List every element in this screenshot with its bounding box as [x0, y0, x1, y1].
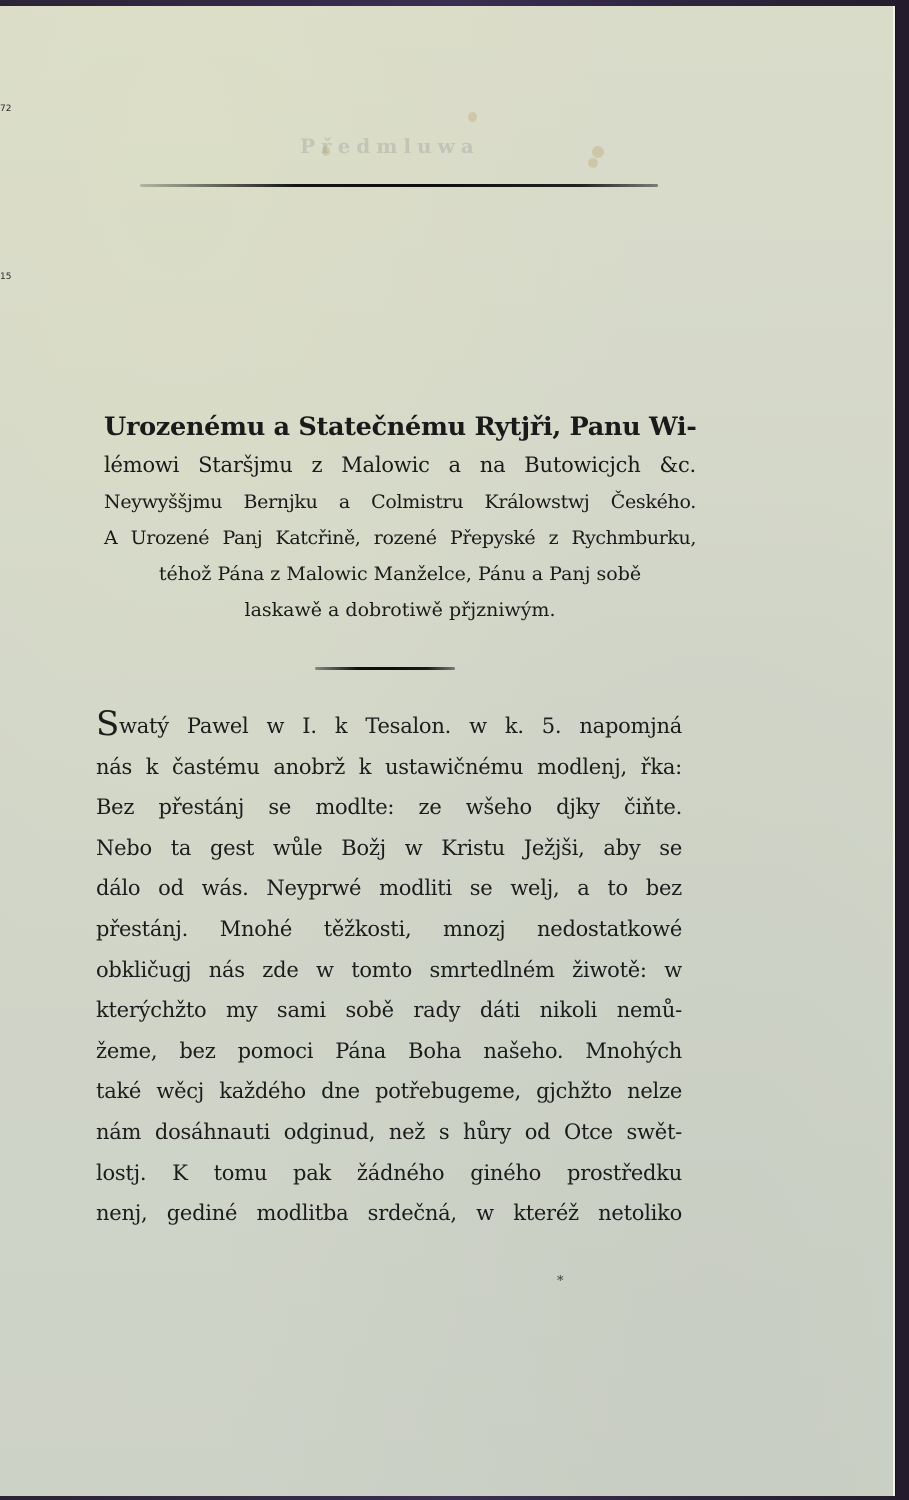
- dedication-line: laskawě a dobrotiwě přjzniwým.: [104, 592, 696, 628]
- foxing-stain: [592, 146, 604, 158]
- dedication-line: A Urozené Panj Katcřině, rozené Přepyské…: [104, 520, 696, 556]
- margin-mark: 15: [0, 272, 11, 282]
- body-line: nenj, gediné modlitba srdečná, w kteréž …: [96, 1193, 682, 1234]
- dedication-line: Urozenému a Statečnému Rytjři, Panu Wi-: [104, 408, 696, 446]
- book-page: Předmluwa 72 15 Urozenému a Statečnému R…: [0, 6, 895, 1496]
- body-line: nám dosáhnauti odginud, než s hůry od Ot…: [96, 1112, 682, 1153]
- dedication-block: Urozenému a Statečnému Rytjři, Panu Wi- …: [104, 408, 696, 628]
- body-line: přestánj. Mnohé těžkosti, mnozj nedostat…: [96, 909, 682, 950]
- drop-cap: S: [96, 704, 119, 744]
- body-text: Swatý Pawel w I. k Tesalon. w k. 5. napo…: [96, 706, 682, 1234]
- signature-mark: *: [557, 1274, 564, 1289]
- dedication-line: téhož Pána z Malowic Manželce, Pánu a Pa…: [104, 556, 696, 592]
- body-line-text: watý Pawel w I. k Tesalon. w k. 5. napom…: [119, 714, 682, 738]
- body-line: žeme, bez pomoci Pána Boha našeho. Mnohý…: [96, 1031, 682, 1072]
- bleed-through-heading: Předmluwa: [300, 134, 480, 158]
- foxing-stain: [468, 112, 477, 122]
- body-line: dálo od wás. Neyprwé modliti se welj, a …: [96, 868, 682, 909]
- body-line-first: Swatý Pawel w I. k Tesalon. w k. 5. napo…: [96, 706, 682, 747]
- margin-mark: 72: [0, 104, 11, 114]
- top-ornamental-rule: [140, 184, 658, 187]
- body-line: také wěcj každého dne potřebugeme, gjchž…: [96, 1071, 682, 1112]
- body-line: Nebo ta gest wůle Božj w Kristu Ježjši, …: [96, 828, 682, 869]
- body-line: kterýchžto my sami sobě rady dáti nikoli…: [96, 990, 682, 1031]
- body-line: obkličugj nás zde w tomto smrtedlném žiw…: [96, 950, 682, 991]
- body-line: Bez přestánj se modlte: ze wšeho djky či…: [96, 787, 682, 828]
- body-line: nás k častému anobrž k ustawičnému modle…: [96, 747, 682, 788]
- section-divider-rule: [315, 667, 455, 670]
- dedication-line: Neywyššjmu Bernjku a Colmistru Králowstw…: [104, 484, 696, 520]
- dedication-line: lémowi Staršjmu z Malowic a na Butowicjc…: [104, 446, 696, 484]
- foxing-stain: [588, 158, 598, 168]
- body-line: lostj. K tomu pak žádného giného prostře…: [96, 1153, 682, 1194]
